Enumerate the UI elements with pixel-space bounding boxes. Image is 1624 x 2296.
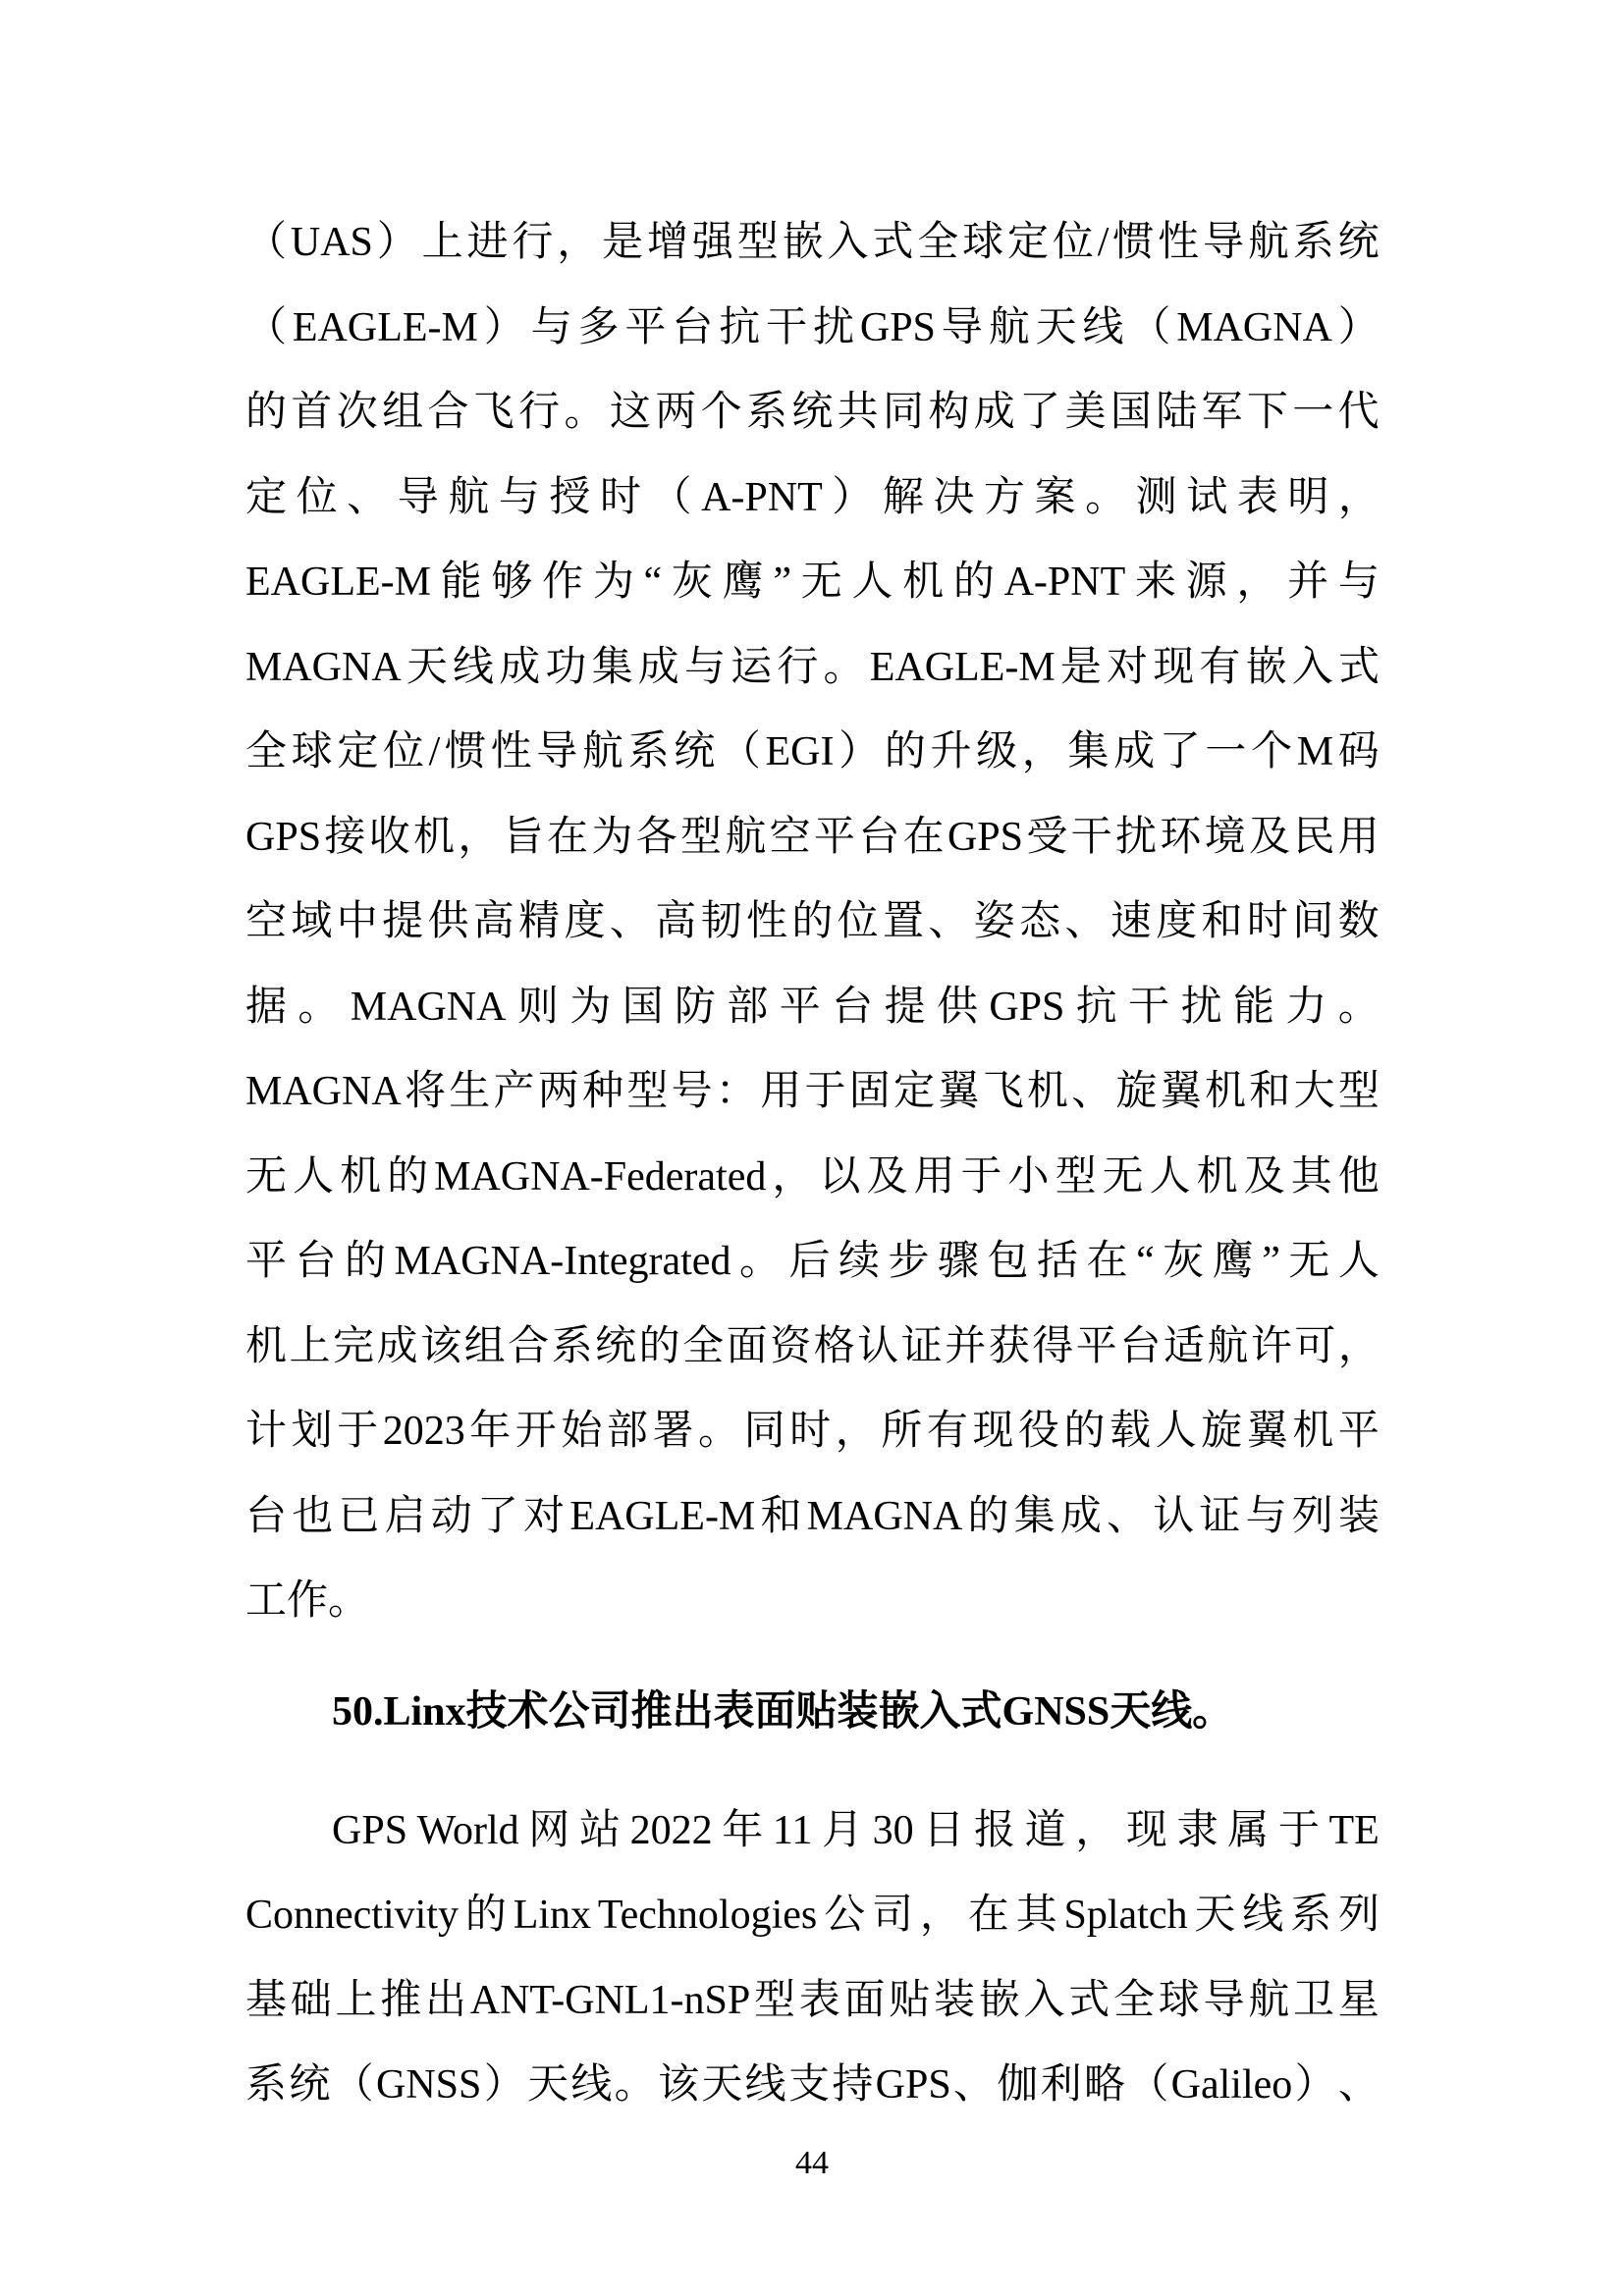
body-text-line: （EAGLE-M）与多平台抗干扰GPS导航天线（MAGNA） <box>245 286 1380 371</box>
body-text-line: EAGLE-M能够作为“灰鹰”无人机的A-PNT来源，并与 <box>245 540 1380 625</box>
text-block: （UAS）上进行，是增强型嵌入式全球定位/惯性导航系统 （EAGLE-M）与多平… <box>245 200 1380 2128</box>
body-text-line: Connectivity的LinxTechnologies公司，在其Splatc… <box>245 1873 1380 1958</box>
body-text-line: 计划于2023年开始部署。同时，所有现役的载人旋翼机平 <box>245 1389 1380 1474</box>
body-text-line: （UAS）上进行，是增强型嵌入式全球定位/惯性导航系统 <box>245 200 1380 286</box>
body-text-line: GPS接收机，旨在为各型航空平台在GPS受干扰环境及民用 <box>245 795 1380 881</box>
body-text-line: 平台的MAGNA-Integrated。后续步骤包括在“灰鹰”无人 <box>245 1219 1380 1305</box>
body-text-line: 系统（GNSS）天线。该天线支持GPS、伽利略（Galileo）、 <box>245 2043 1380 2128</box>
section-heading: 50.Linx技术公司推出表面贴装嵌入式GNSS天线。 <box>245 1670 1380 1755</box>
body-text-line: GPSWorld网站2022年11月30日报道，现隶属于TE <box>245 1789 1380 1874</box>
body-text-line-paragraph-end: 工作。 <box>245 1559 1380 1644</box>
document-page: （UAS）上进行，是增强型嵌入式全球定位/惯性导航系统 （EAGLE-M）与多平… <box>0 0 1624 2296</box>
body-text-line: MAGNA将生产两种型号：用于固定翼飞机、旋翼机和大型 <box>245 1049 1380 1135</box>
body-text-line: 机上完成该组合系统的全面资格认证并获得平台适航许可， <box>245 1305 1380 1390</box>
body-text-line: MAGNA天线成功集成与运行。EAGLE-M是对现有嵌入式 <box>245 625 1380 711</box>
body-text-line: 定位、导航与授时（A-PNT）解决方案。测试表明， <box>245 455 1380 541</box>
body-text-line: 台也已启动了对EAGLE-M和MAGNA的集成、认证与列装 <box>245 1474 1380 1560</box>
body-text-line: 的首次组合飞行。这两个系统共同构成了美国陆军下一代 <box>245 370 1380 455</box>
body-text-line: 基础上推出ANT-GNL1-nSP型表面贴装嵌入式全球导航卫星 <box>245 1958 1380 2044</box>
body-text-line: 全球定位/惯性导航系统（EGI）的升级，集成了一个M码 <box>245 710 1380 795</box>
body-text-line: 空域中提供高精度、高韧性的位置、姿态、速度和时间数 <box>245 880 1380 965</box>
body-text-line: 无人机的MAGNA-Federated，以及用于小型无人机及其他 <box>245 1135 1380 1220</box>
body-text-line: 据。MAGNA则为国防部平台提供GPS抗干扰能力。 <box>245 965 1380 1050</box>
page-number: 44 <box>0 2142 1624 2185</box>
